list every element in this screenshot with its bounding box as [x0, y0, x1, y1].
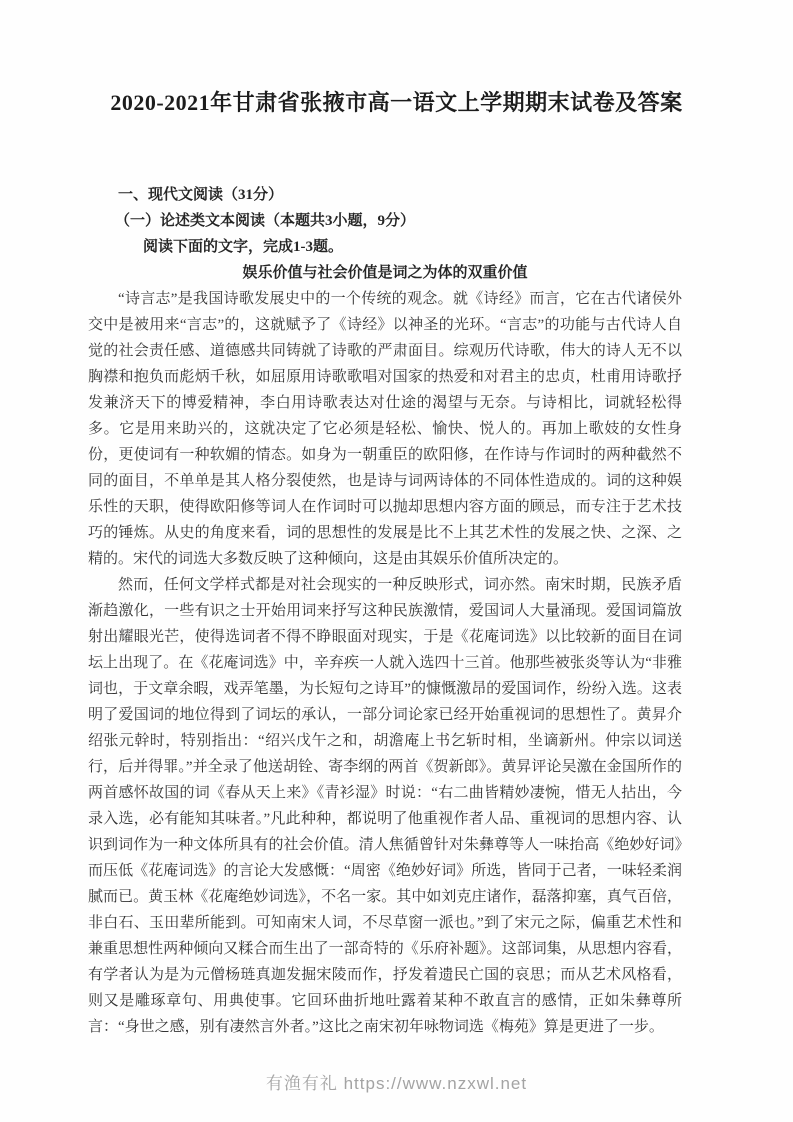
passage-title: 娱乐价值与社会价值是词之为体的双重价值: [88, 260, 682, 286]
document-body: 一、现代文阅读（31分） （一）论述类文本阅读（本题共3小题，9分） 阅读下面的…: [88, 182, 682, 1040]
section-heading: 一、现代文阅读（31分）: [88, 182, 682, 208]
passage-paragraph-1: “诗言志”是我国诗歌发展史中的一个传统的观念。就《诗经》而言，它在古代诸侯外交中…: [88, 286, 682, 572]
reading-instruction: 阅读下面的文字，完成1-3题。: [88, 234, 682, 260]
exam-paper-page: 2020-2021年甘肃省张掖市高一语文上学期期末试卷及答案 一、现代文阅读（3…: [0, 0, 793, 1122]
passage-paragraph-2: 然而，任何文学样式都是对社会现实的一种反映形式，词亦然。南宋时期，民族矛盾渐趋激…: [88, 572, 682, 1040]
document-title: 2020-2021年甘肃省张掖市高一语文上学期期末试卷及答案: [0, 0, 793, 116]
watermark-footer: 有渔有礼 https://www.nzxwl.net: [0, 1069, 793, 1094]
subsection-heading: （一）论述类文本阅读（本题共3小题，9分）: [88, 208, 682, 234]
watermark-text: 有渔有礼 https://www.nzxwl.net: [266, 1074, 527, 1093]
